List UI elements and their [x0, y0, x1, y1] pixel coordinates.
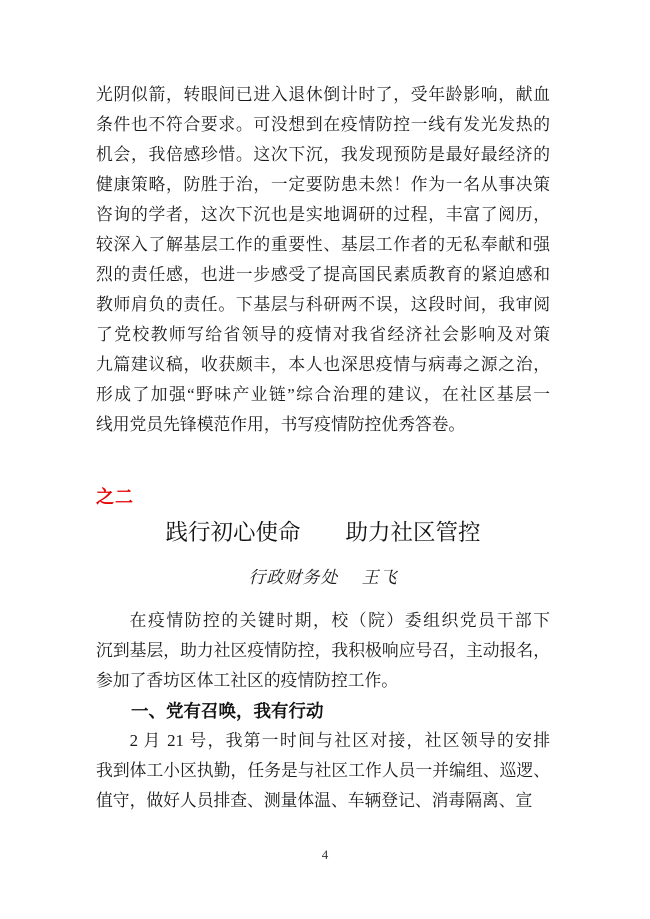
page-body: 光阴似箭，转眼间已进入退休倒计时了，受年龄影响，献血 条件也不符合要求。可没想到…	[96, 80, 550, 816]
paragraph-action: 2 月 21 号，我第一时间与社区对接，社区领导的安排 我到体工小区执勤，任务是…	[96, 726, 550, 816]
text-line: 在疫情防控的关键时期，校（院）委组织党员干部下	[96, 606, 550, 636]
subheading-party-call: 一、党有召唤，我有行动	[96, 696, 550, 726]
text-line: 烈的责任感，也进一步感受了提高国民素质教育的紧迫感和	[96, 260, 550, 290]
text-line: 沉到基层，助力社区疫情防控，我积极响应号召，主动报名，	[96, 636, 550, 666]
text-line: 2 月 21 号，我第一时间与社区对接，社区领导的安排	[96, 726, 550, 756]
text-line: 我到体工小区执勤，任务是与社区工作人员一并编组、巡逻、	[96, 756, 550, 786]
text-line: 光阴似箭，转眼间已进入退休倒计时了，受年龄影响，献血	[96, 80, 550, 110]
paragraph-intro: 在疫情防控的关键时期，校（院）委组织党员干部下 沉到基层，助力社区疫情防控，我积…	[96, 606, 550, 696]
text-line: 了党校教师写给省领导的疫情对我省经济社会影响及对策	[96, 320, 550, 350]
article-author: 行政财务处 王飞	[96, 564, 550, 592]
paragraph-continued: 光阴似箭，转眼间已进入退休倒计时了，受年龄影响，献血 条件也不符合要求。可没想到…	[96, 80, 550, 440]
text-line: 线用党员先锋模范作用，书写疫情防控优秀答卷。	[96, 410, 550, 440]
text-line: 值守，做好人员排查、测量体温、车辆登记、消毒隔离、宣	[96, 786, 550, 816]
text-line: 教师肩负的责任。下基层与科研两不误，这段时间，我审阅	[96, 290, 550, 320]
section-label: 之二	[96, 482, 550, 512]
document-page: 光阴似箭，转眼间已进入退休倒计时了，受年龄影响，献血 条件也不符合要求。可没想到…	[0, 0, 650, 919]
text-line: 九篇建议稿，收获颇丰，本人也深思疫情与病毒之源之治，	[96, 350, 550, 380]
text-line: 形成了加强“野味产业链”综合治理的建议，在社区基层一	[96, 380, 550, 410]
text-line: 咨询的学者，这次下沉也是实地调研的过程，丰富了阅历，	[96, 200, 550, 230]
page-number: 4	[0, 847, 650, 863]
text-line: 机会，我倍感珍惜。这次下沉，我发现预防是最好最经济的	[96, 140, 550, 170]
text-line: 条件也不符合要求。可没想到在疫情防控一线有发光发热的	[96, 110, 550, 140]
text-line: 健康策略，防胜于治，一定要防患未然！作为一名从事决策	[96, 170, 550, 200]
text-line: 参加了香坊区体工社区的疫情防控工作。	[96, 666, 550, 696]
text-line: 较深入了解基层工作的重要性、基层工作者的无私奉献和强	[96, 230, 550, 260]
article-title: 践行初心使命 助力社区管控	[96, 516, 550, 550]
